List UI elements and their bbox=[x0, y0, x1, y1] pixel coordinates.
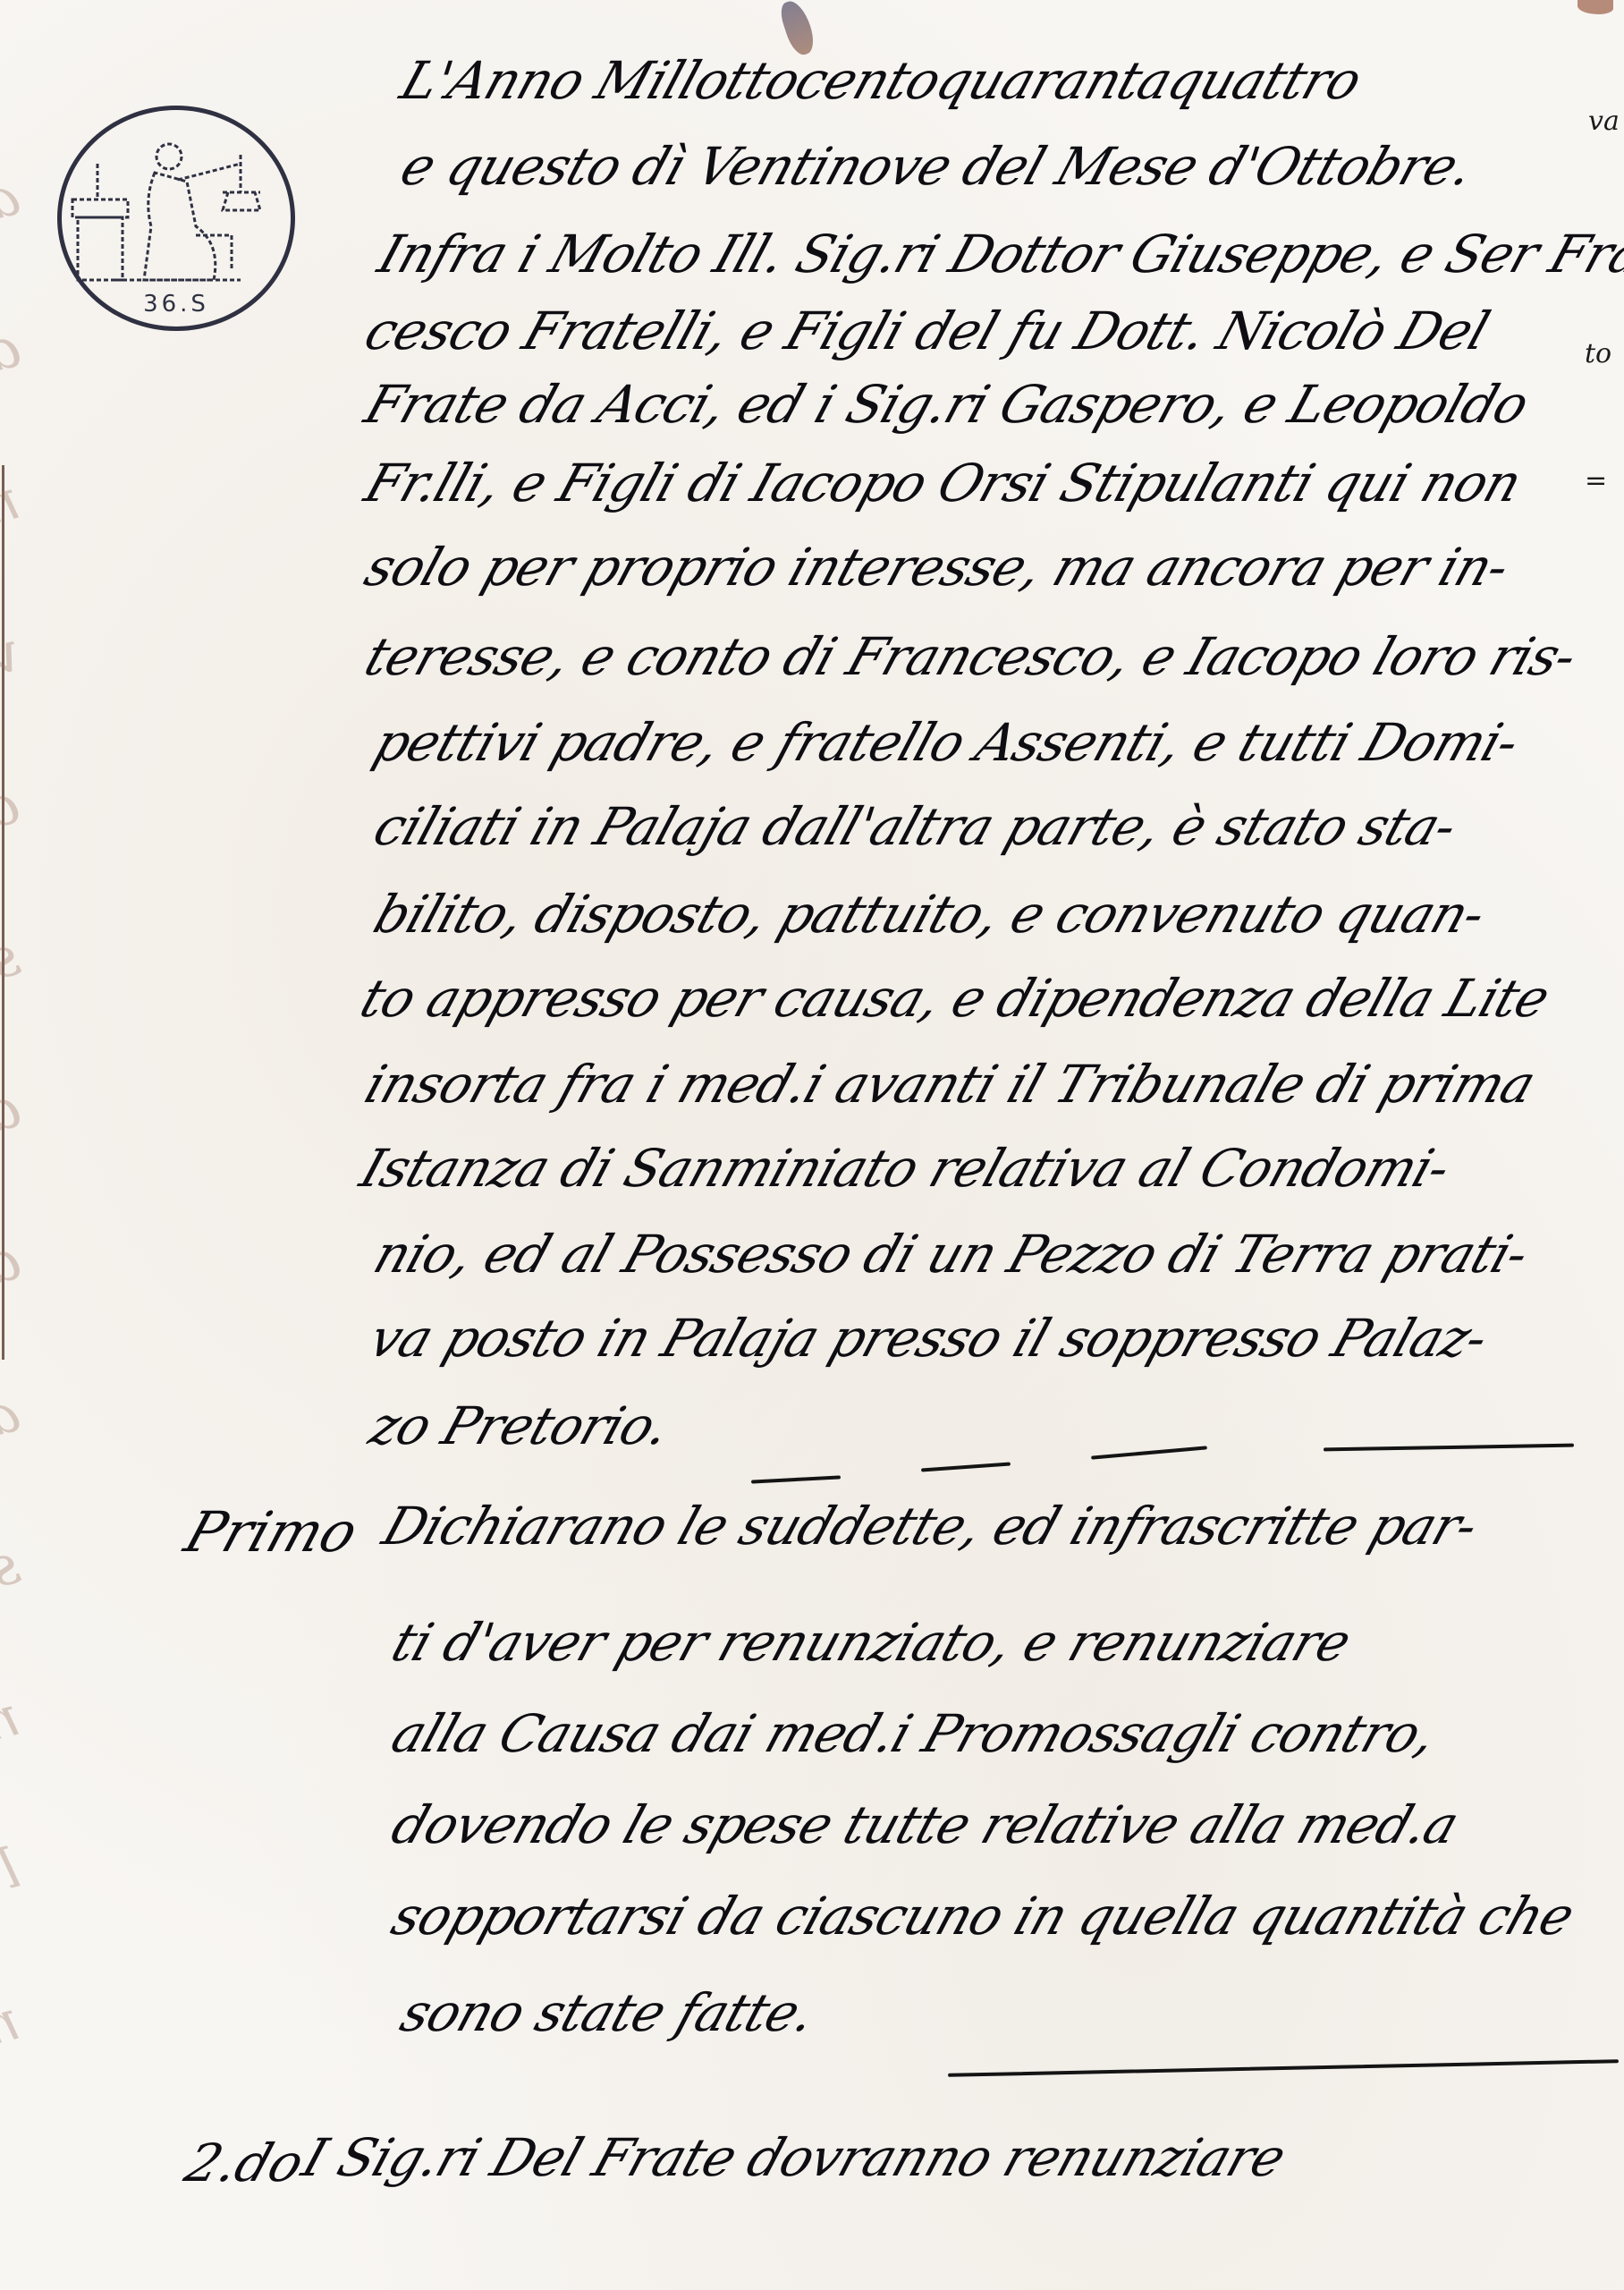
text-line: cesco Fratelli, e Figli del fu Dott. Nic… bbox=[358, 301, 1496, 361]
text-line: pettivi padre, e fratello Assenti, e tut… bbox=[367, 712, 1526, 773]
text-line: sono state fatte. bbox=[393, 1982, 823, 2043]
text-line: Frate da Acci, ed i Sig.ri Gaspero, e Le… bbox=[358, 374, 1535, 435]
section-label-primo: Primo bbox=[177, 1499, 366, 1565]
text-line: to appresso per causa, e dipendenza dell… bbox=[353, 968, 1557, 1029]
line-filler-dash bbox=[1091, 1446, 1207, 1459]
text-line: zo Pretorio. bbox=[362, 1395, 677, 1456]
line-filler-dash bbox=[921, 1463, 1011, 1472]
margin-mark: va bbox=[1588, 106, 1620, 137]
text-line: ti d'aver per renunziato, e renunziare bbox=[385, 1612, 1358, 1673]
text-line: sopportarsi da ciascuno in quella quanti… bbox=[385, 1886, 1581, 1946]
line-filler-dash bbox=[1324, 1444, 1574, 1452]
text-line: ciliati in Palaja dall'altra parte, è st… bbox=[367, 796, 1464, 857]
text-line: insorta fra i med.i avanti il Tribunale … bbox=[358, 1054, 1543, 1115]
text-line: L'Anno Millottocentoquarantaquattro bbox=[393, 50, 1368, 111]
text-line: bilito, disposto, pattuito, e convenuto … bbox=[367, 884, 1493, 945]
margin-mark: = bbox=[1585, 465, 1607, 496]
text-line: teresse, e conto di Francesco, e Iacopo … bbox=[358, 626, 1584, 687]
line-filler-dash bbox=[751, 1475, 841, 1483]
text-line: Dichiarano le suddette, ed infrascritte … bbox=[376, 1496, 1484, 1556]
section-label-secondo: 2.do bbox=[178, 2133, 311, 2193]
text-line: va posto in Palaja presso il soppresso P… bbox=[362, 1308, 1495, 1369]
text-line: alla Causa dai med.i Promossagli contro, bbox=[385, 1703, 1443, 1764]
margin-mark: to bbox=[1585, 338, 1611, 369]
text-line: solo per proprio interesse, ma ancora pe… bbox=[358, 537, 1516, 598]
text-line: Fr.lli, e Figli di Iacopo Orsi Stipulant… bbox=[358, 453, 1528, 513]
text-line: Istanza di Sanminiato relativa al Condom… bbox=[353, 1138, 1457, 1199]
text-line: dovendo le spese tutte relative alla med… bbox=[385, 1794, 1466, 1855]
text-line: e questo dì Ventinove del Mese d'Ottobre… bbox=[393, 136, 1481, 197]
text-line: nio, ed al Possesso di un Pezzo di Terra… bbox=[367, 1224, 1535, 1285]
handwritten-text: L'Anno Millottocentoquarantaquattro e qu… bbox=[0, 0, 1624, 2290]
text-line: Infra i Molto Ill. Sig.ri Dottor Giusepp… bbox=[371, 224, 1624, 284]
line-filler-dash bbox=[948, 2059, 1619, 2077]
text-line: I Sig.ri Del Frate dovranno renunziare bbox=[295, 2127, 1292, 2188]
